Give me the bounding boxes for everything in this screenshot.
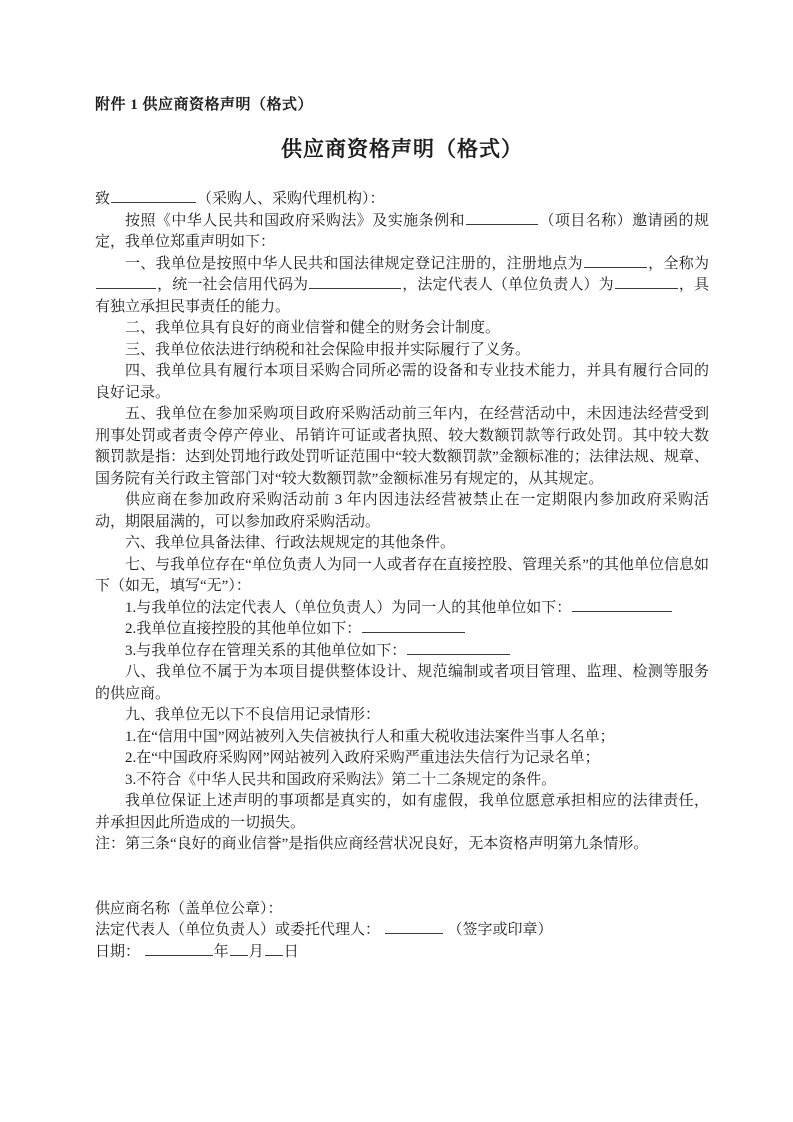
item-9-sub-3: 3.不符合《中华人民共和国政府采购法》第二十二条规定的条件。 (95, 770, 709, 792)
item-1-registration: 一、我单位是按照中华人民共和国法律规定登记注册的，注册地点为，全称为，统一社会信… (95, 254, 709, 319)
item-7-sub-1: 1.与我单位的法定代表人（单位负责人）为同一人的其他单位如下： (95, 598, 709, 620)
item-8-no-conflict: 八、我单位不属于为本项目提供整体设计、规范编制或者项目管理、监理、检测等服务的供… (95, 662, 709, 705)
guarantee-statement: 我单位保证上述声明的事项都是真实的，如有虚假，我单位愿意承担相应的法律责任，并承… (95, 791, 709, 834)
supplier-name-line: 供应商名称（盖单位公章）： (95, 899, 709, 921)
document-title: 供应商资格声明（格式） (95, 135, 709, 163)
item-7-sub-2: 2.我单位直接控股的其他单位如下： (95, 619, 709, 641)
blank-underline-field (145, 942, 213, 956)
note: 注：第三条“良好的商业信誉”是指供应商经营状况良好，无本资格声明第九条情形。 (95, 834, 709, 856)
blank-underline-field (111, 189, 196, 203)
item-2-credit: 二、我单位具有良好的商业信誉和健全的财务会计制度。 (95, 318, 709, 340)
blank-underline-field (407, 641, 510, 655)
blank-underline-field (466, 211, 538, 225)
blank-underline-field (385, 920, 443, 934)
item-3-tax: 三、我单位依法进行纳税和社会保险申报并实际履行了义务。 (95, 340, 709, 362)
blank-underline-field (265, 942, 283, 956)
blank-underline-field (362, 619, 465, 633)
item-9-credit-records: 九、我单位无以下不良信用记录情形： (95, 705, 709, 727)
legal-rep-line: 法定代表人（单位负责人）或委托代理人： （签字或印章） (95, 920, 709, 942)
blank-underline-field (584, 254, 647, 268)
blank-underline-field (230, 942, 248, 956)
item-5-penalty: 五、我单位在参加采购项目政府采购活动前三年内，在经营活动中，未因违法经营受到刑事… (95, 404, 709, 490)
date-line: 日期： 年月日 (95, 942, 709, 964)
blank-underline-field (96, 275, 156, 289)
item-5-supplement: 供应商在参加政府采购活动前 3 年内因违法经营被禁止在一定期限内参加政府采购活动… (95, 490, 709, 533)
item-9-sub-1: 1.在“信用中国”网站被列入失信被执行人和重大税收违法案件当事人名单； (95, 727, 709, 749)
blank-underline-field (309, 275, 401, 289)
item-7-related-units: 七、与我单位存在“单位负责人为同一人或者存在直接控股、管理关系”的其他单位信息如… (95, 555, 709, 598)
attachment-header: 附件 1 供应商资格声明（格式） (95, 97, 709, 114)
item-4-capability: 四、我单位具有履行本项目采购合同所必需的设备和专业技术能力，并具有履行合同的良好… (95, 361, 709, 404)
document-page: 附件 1 供应商资格声明（格式） 供应商资格声明（格式） 致（采购人、采购代理机… (0, 0, 793, 1122)
item-6-other-conditions: 六、我单位具备法律、行政法规规定的其他条件。 (95, 533, 709, 555)
item-7-sub-3: 3.与我单位存在管理关系的其他单位如下： (95, 641, 709, 663)
blank-underline-field (615, 275, 678, 289)
document-body: 致（采购人、采购代理机构）：按照《中华人民共和国政府采购法》及实施条例和（项目名… (95, 189, 709, 963)
blank-underline-field (572, 598, 672, 612)
item-9-sub-2: 2.在“中国政府采购网”网站被列入政府采购严重违法失信行为记录名单； (95, 748, 709, 770)
salutation: 致（采购人、采购代理机构）： (95, 189, 709, 211)
preamble: 按照《中华人民共和国政府采购法》及实施条例和（项目名称）邀请函的规定，我单位郑重… (95, 211, 709, 254)
